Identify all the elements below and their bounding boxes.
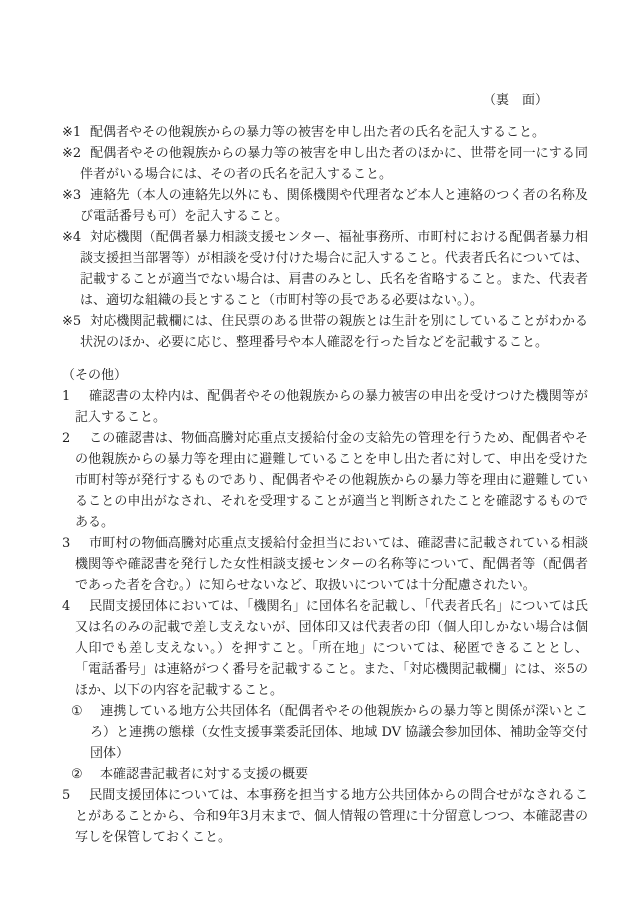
- other-item-marker-1: 1: [62, 386, 89, 407]
- note-marker-2: ※2: [62, 143, 90, 164]
- others-section: 1確認書の太枠内は、配偶者やその他親族からの暴力被害の申出を受けつけた機関等が記…: [62, 386, 588, 848]
- other-item-marker-2: 2: [62, 428, 89, 449]
- notes-section: ※1配偶者やその他親族からの暴力等の被害を申し出た者の氏名を記入すること。 ※2…: [62, 122, 588, 353]
- subitem-text-2: 本確認書記載者に対する支援の概要: [100, 767, 308, 782]
- note-item-2: ※2配偶者やその他親族からの暴力等の被害を申し出た者のほかに、世帯を同一にする同…: [62, 143, 588, 185]
- note-text-2: 配偶者やその他親族からの暴力等の被害を申し出た者のほかに、世帯を同一にする同伴者…: [80, 146, 588, 182]
- other-item-4-subitem-1: ①連携している地方公共団体名（配偶者やその他親族からの暴力等と関係が深いところ）…: [71, 701, 588, 764]
- note-item-1: ※1配偶者やその他親族からの暴力等の被害を申し出た者の氏名を記入すること。: [62, 122, 588, 143]
- other-item-4-subitem-2: ②本確認書記載者に対する支援の概要: [71, 764, 588, 785]
- note-text-4: 対応機関（配偶者暴力相談支援センター、福祉事務所、市町村における配偶者暴力相談支…: [80, 230, 588, 308]
- subitem-marker-2: ②: [71, 764, 100, 785]
- note-text-3: 連絡先（本人の連絡先以外にも、関係機関や代理者など本人と連絡のつく者の名称及び電…: [80, 188, 588, 224]
- other-item-text-2: この確認書は、物価高騰対応重点支援給付金の支給先の管理を行うため、配偶者やその他…: [75, 431, 588, 530]
- document-page: （裏 面） ※1配偶者やその他親族からの暴力等の被害を申し出た者の氏名を記入する…: [0, 0, 630, 903]
- other-item-text-5: 民間支援団体については、本事務を担当する地方公共団体からの問合せがなされることが…: [75, 788, 588, 845]
- other-item-marker-5: 5: [62, 785, 89, 806]
- note-item-3: ※3連絡先（本人の連絡先以外にも、関係機関や代理者など本人と連絡のつく者の名称及…: [62, 185, 588, 227]
- subitem-marker-1: ①: [71, 701, 100, 722]
- page-side-label: （裏 面）: [62, 90, 588, 111]
- note-marker-4: ※4: [62, 227, 90, 248]
- note-marker-5: ※5: [62, 311, 90, 332]
- note-marker-1: ※1: [62, 122, 90, 143]
- other-item-text-1: 確認書の太枠内は、配偶者やその他親族からの暴力被害の申出を受けつけた機関等が記入…: [75, 389, 588, 425]
- subitem-text-1: 連携している地方公共団体名（配偶者やその他親族からの暴力等と関係が深いところ）と…: [90, 704, 588, 761]
- other-item-4: 4民間支援団体においては、「機関名」に団体名を記載し、「代表者氏名」については氏…: [62, 596, 588, 701]
- other-item-marker-4: 4: [62, 596, 89, 617]
- other-item-text-3: 市町村の物価高騰対応重点支援給付金担当においては、確認書に記載されている相談機関…: [75, 536, 588, 593]
- other-item-1: 1確認書の太枠内は、配偶者やその他親族からの暴力被害の申出を受けつけた機関等が記…: [62, 386, 588, 428]
- note-text-5: 対応機関記載欄には、住民票のある世帯の親族とは生計を別にしていることがわかる状況…: [80, 314, 588, 350]
- note-marker-3: ※3: [62, 185, 90, 206]
- note-item-4: ※4対応機関（配偶者暴力相談支援センター、福祉事務所、市町村における配偶者暴力相…: [62, 227, 588, 311]
- other-item-marker-3: 3: [62, 533, 89, 554]
- other-item-5: 5民間支援団体については、本事務を担当する地方公共団体からの問合せがなされること…: [62, 785, 588, 848]
- other-item-text-4: 民間支援団体においては、「機関名」に団体名を記載し、「代表者氏名」については氏又…: [75, 599, 588, 698]
- note-text-1: 配偶者やその他親族からの暴力等の被害を申し出た者の氏名を記入すること。: [90, 125, 545, 140]
- other-item-3: 3市町村の物価高騰対応重点支援給付金担当においては、確認書に記載されている相談機…: [62, 533, 588, 596]
- other-item-2: 2この確認書は、物価高騰対応重点支援給付金の支給先の管理を行うため、配偶者やその…: [62, 428, 588, 533]
- note-item-5: ※5対応機関記載欄には、住民票のある世帯の親族とは生計を別にしていることがわかる…: [62, 311, 588, 353]
- others-heading: （その他）: [62, 365, 588, 386]
